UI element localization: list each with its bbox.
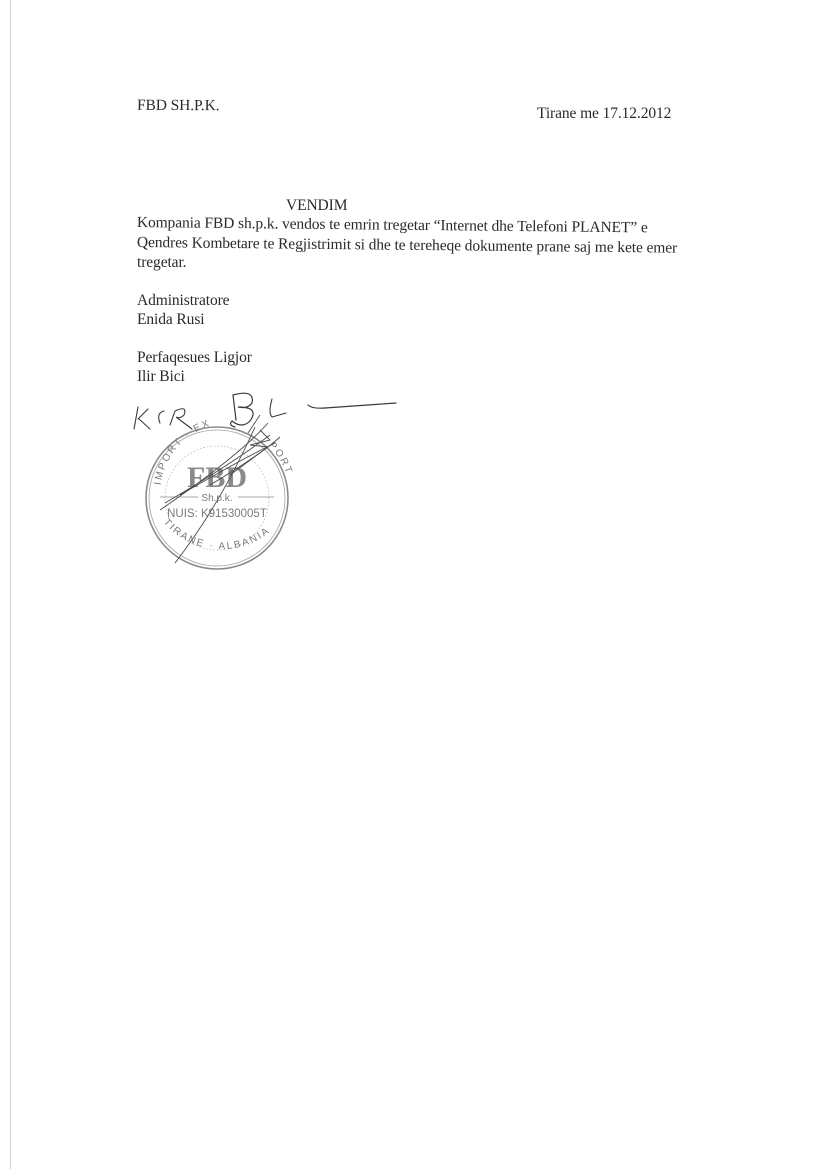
signatory-name-administrator: Enida Rusi (137, 310, 204, 329)
company-name: FBD SH.P.K. (137, 96, 220, 115)
svg-text:NUIS: K91530005T: NUIS: K91530005T (167, 508, 267, 520)
signatory-role-administrator: Administratore (137, 291, 229, 310)
stamp-and-signature: IMPORT · EX PORT TIRANE · ALBANIA FBD Sh… (120, 385, 420, 585)
body-line-3: tregetar. (137, 253, 186, 272)
company-stamp-icon: IMPORT · EX PORT TIRANE · ALBANIA FBD Sh… (120, 385, 420, 585)
svg-text:TIRANE · ALBANIA: TIRANE · ALBANIA (161, 517, 273, 553)
document-title: VENDIM (286, 196, 347, 215)
signatory-name-legal-rep: Ilir Bici (137, 367, 185, 386)
svg-text:Sh.p.k.: Sh.p.k. (201, 493, 232, 504)
place-date: Tirane me 17.12.2012 (537, 104, 671, 123)
signatory-role-legal-rep: Perfaqesues Ligjor (137, 348, 252, 367)
document-page: FBD SH.P.K. Tirane me 17.12.2012 VENDIM … (0, 0, 826, 1169)
svg-text:FBD: FBD (187, 461, 247, 494)
